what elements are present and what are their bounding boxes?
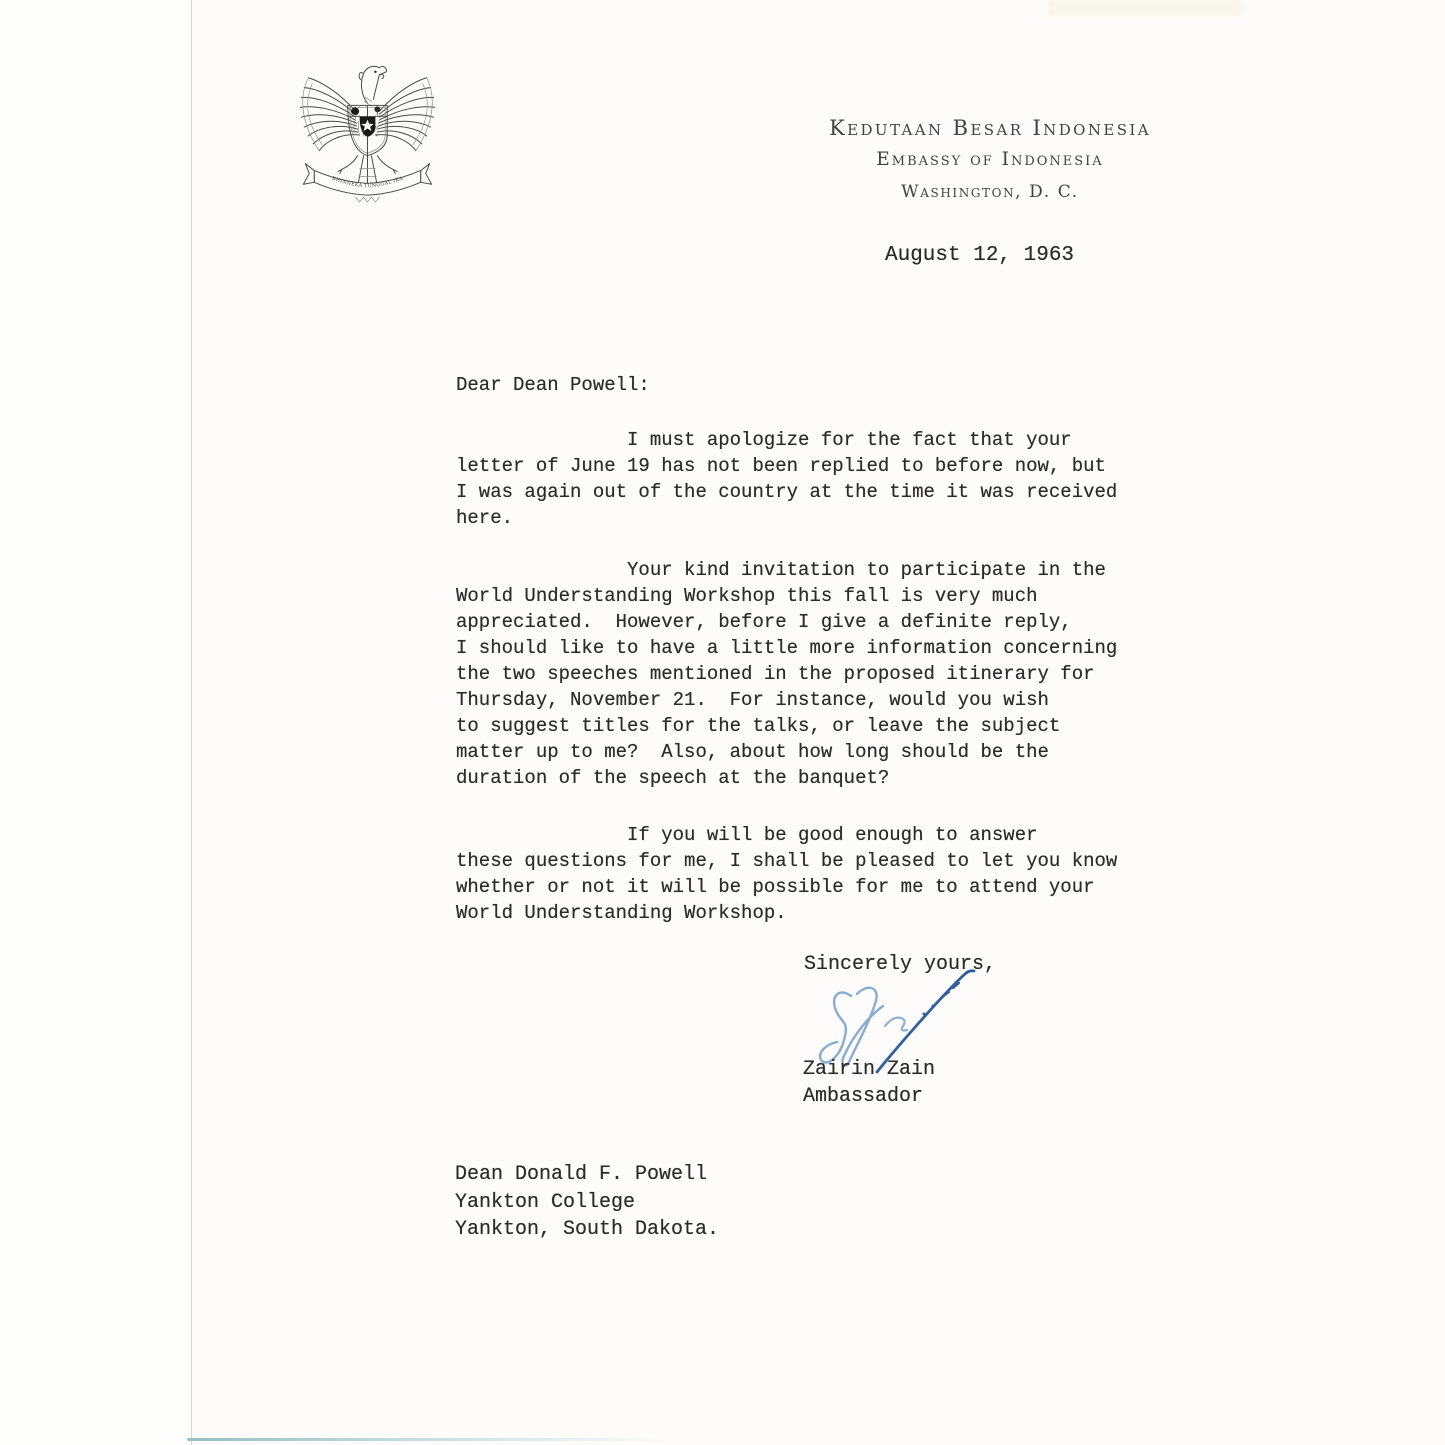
letterhead-line-3: Washington, D. C. xyxy=(790,182,1190,202)
letterhead-line-2: Embassy of Indonesia xyxy=(790,149,1190,170)
signer-name: Zairin Zain xyxy=(803,1057,935,1083)
paragraph-1: I must apologize for the fact that your … xyxy=(456,427,1117,531)
scan-tint-artifact xyxy=(1048,0,1243,16)
signer-title: Ambassador xyxy=(803,1084,923,1110)
paragraph-2: Your kind invitation to participate in t… xyxy=(456,557,1117,791)
scanned-letter-page: BHINNEKA TUNGGAL IKA Kedutaan Besar Indo… xyxy=(0,0,1445,1445)
paper-left-edge-line xyxy=(191,0,192,1445)
salutation: Dear Dean Powell: xyxy=(456,372,650,398)
recipient-address-block: Dean Donald F. Powell Yankton College Ya… xyxy=(455,1161,719,1244)
garuda-pancasila-emblem: BHINNEKA TUNGGAL IKA xyxy=(298,58,437,206)
date-line: August 12, 1963 xyxy=(885,243,1074,269)
paragraph-3: If you will be good enough to answer the… xyxy=(456,822,1117,926)
letterhead-line-1: Kedutaan Besar Indonesia xyxy=(790,116,1190,140)
scan-bottom-edge-line xyxy=(187,1438,677,1441)
